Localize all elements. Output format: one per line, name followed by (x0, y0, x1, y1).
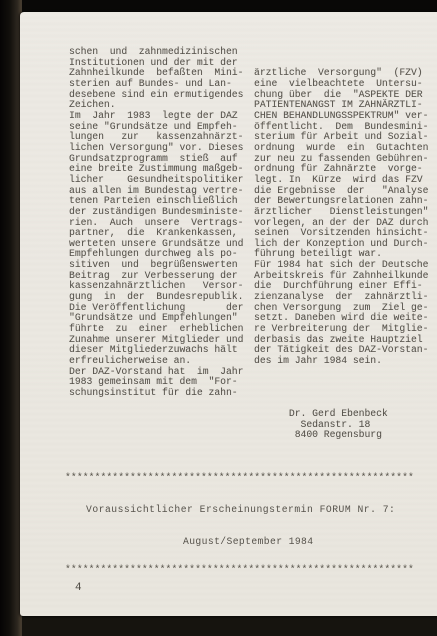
scanned-page-background: schen und zahnmedizinischen Institutione… (0, 0, 437, 636)
separator-line-bottom: ****************************************… (65, 565, 414, 575)
announcement-title: Voraussichtlicher Erscheinungstermin FOR… (86, 504, 395, 515)
article-column-left: schen und zahnmedizinischen Institutione… (69, 47, 243, 399)
document-page: schen und zahnmedizinischen Institutione… (20, 12, 437, 616)
announcement-date: August/September 1984 (183, 536, 313, 547)
separator-line-top: ****************************************… (65, 473, 414, 483)
article-column-right-text: ärztliche Versorgung" (FZV) eine vielbea… (254, 68, 428, 366)
page-number: 4 (75, 582, 82, 594)
book-gutter-shadow (0, 0, 22, 636)
signature-block: Dr. Gerd Ebenbeck Sedanstr. 18 8400 Rege… (254, 409, 428, 441)
article-column-right: ärztliche Versorgung" (FZV) eine vielbea… (254, 47, 428, 462)
